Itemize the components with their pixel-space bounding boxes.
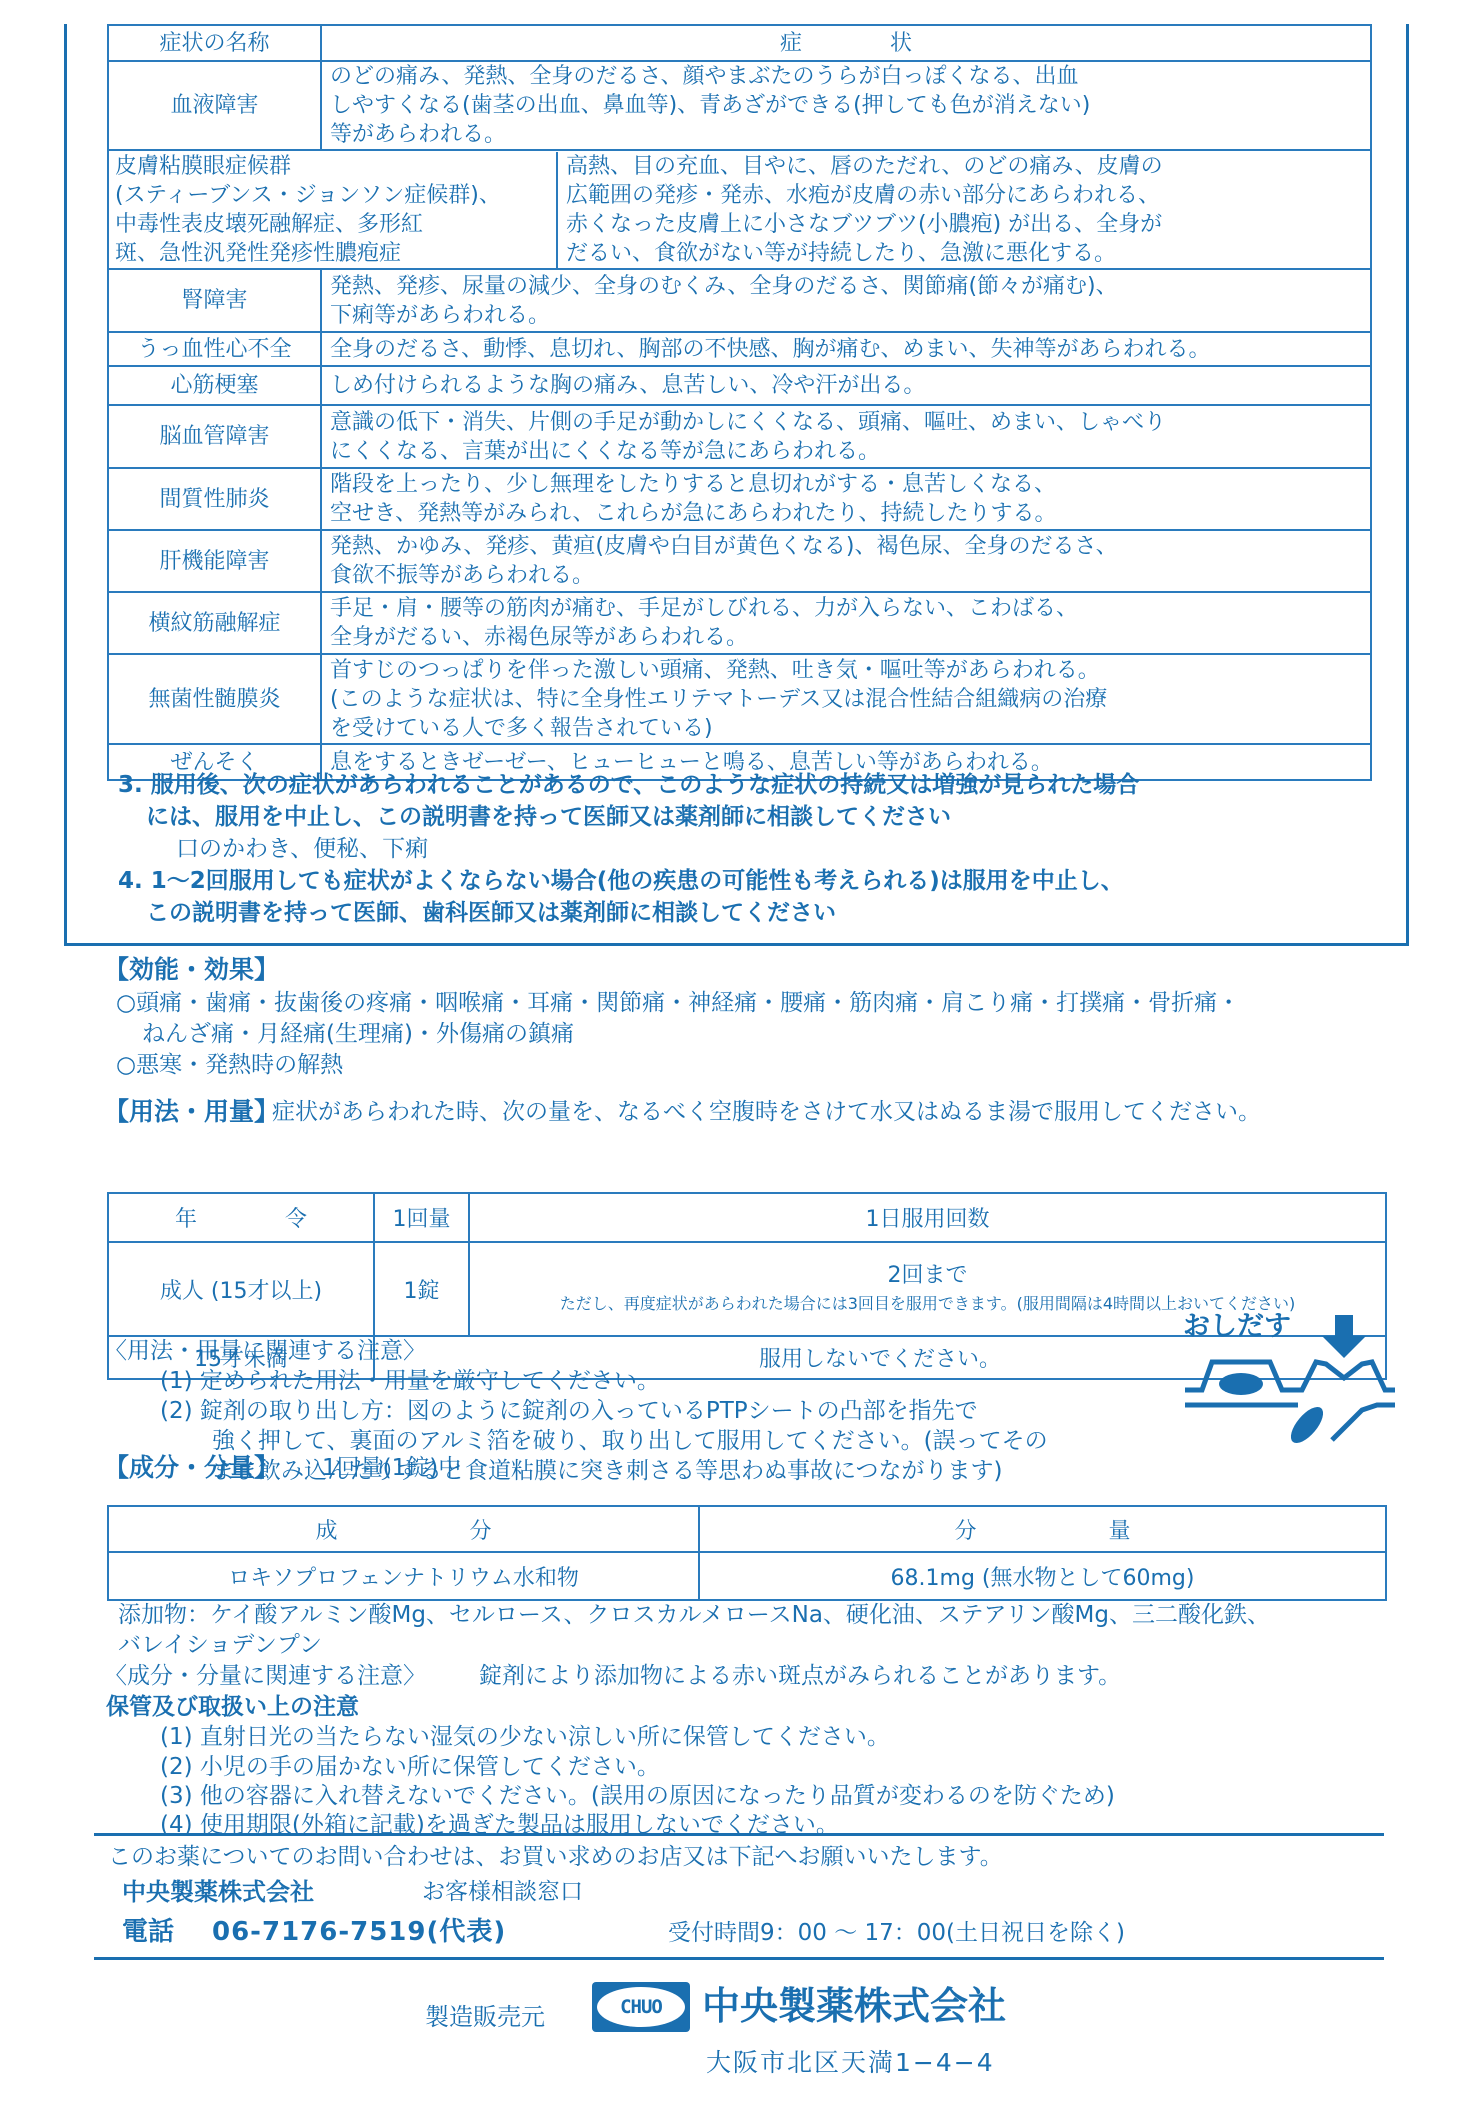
- chuo-logo: CHUO: [592, 1982, 690, 2032]
- storage-title: 保管及び取扱い上の注意: [106, 1692, 359, 1723]
- note-4-line1: 4. 1～2回服用しても症状がよくならない場合(他の疾患の可能性も考えられる)は…: [118, 865, 1124, 897]
- efficacy-title: 【効能・効果】: [104, 954, 279, 986]
- table-row: 肝機能障害 発熱、かゆみ、発疹、黄疸(皮膚や白目が黄色くなる)、褐色尿、全身のだ…: [108, 530, 1371, 592]
- symptom-name: 横紋筋融解症: [108, 592, 321, 654]
- tablet-icon: [1219, 1373, 1263, 1395]
- efficacy-line2: ねんざ痛・月経痛(生理痛)・外傷痛の鎮痛: [142, 1019, 574, 1050]
- table-row: うっ血性心不全 全身のだるさ、動悸、息切れ、胸部の不快感、胸が痛む、めまい、失神…: [108, 332, 1371, 366]
- header-symptom: 症 状: [321, 25, 1371, 61]
- table-row: 無菌性髄膜炎 首すじのつっぱりを伴った激しい頭痛、発熱、吐き気・嘔吐等があらわれ…: [108, 654, 1371, 744]
- symptom-name: 脳血管障害: [108, 405, 321, 468]
- amount-adult: 1錠: [374, 1242, 469, 1336]
- header-amount: 1回量: [374, 1193, 469, 1242]
- ingredients-table-header: 成 分 分 量: [108, 1506, 1386, 1552]
- manufacturer-name: 中央製薬株式会社: [702, 1982, 1006, 2030]
- symptom-desc: のどの痛み、発熱、全身のだるさ、顔やまぶたのうらが白っぽくなる、出血 しやすくな…: [321, 61, 1371, 150]
- contact-hours: 受付時間9：00 ～ 17：00(土日祝日を除く): [668, 1918, 1125, 1949]
- table-row: 間質性肺炎 階段を上ったり、少し無理をしたりすると息切れがする・息苦しくなる、 …: [108, 468, 1371, 530]
- divider-top: [94, 1833, 1384, 1836]
- symptom-desc: 高熱、目の充血、目やに、唇のただれ、のどの痛み、皮膚の 広範囲の発疹・発赤、水疱…: [557, 152, 1370, 268]
- symptom-name: 無菌性髄膜炎: [108, 654, 321, 744]
- down-arrow-icon: [1322, 1315, 1366, 1358]
- dosage-notes-title: 〈用法・用量に関連する注意〉: [104, 1336, 426, 1367]
- table-row: 血液障害 のどの痛み、発熱、全身のだるさ、顔やまぶたのうらが白っぽくなる、出血 …: [108, 61, 1371, 150]
- ingredient-name: ロキソプロフェンナトリウム水和物: [108, 1552, 699, 1600]
- symptom-name: うっ血性心不全: [108, 332, 321, 366]
- dosage-note-1: (1) 定められた用法・用量を厳守してください。: [160, 1366, 660, 1397]
- ingredients-note-text: 錠剤により添加物による赤い斑点がみられることがあります。: [479, 1661, 1121, 1692]
- table-row: ロキソプロフェンナトリウム水和物 68.1mg (無水物として60mg): [108, 1552, 1386, 1600]
- header-age: 年 令: [108, 1193, 374, 1242]
- header-symptom-name: 症状の名称: [108, 25, 321, 61]
- storage-item-4: (4) 使用期限(外箱に記載)を過ぎた製品は服用しないでください。: [160, 1810, 839, 1841]
- age-adult: 成人 (15才以上): [108, 1242, 374, 1336]
- symptom-table: 症状の名称 症 状 血液障害 のどの痛み、発熱、全身のだるさ、顔やまぶたのうらが…: [107, 24, 1372, 781]
- dosage-table-header: 年 令 1回量 1日服用回数: [108, 1193, 1386, 1242]
- symptom-desc: 階段を上ったり、少し無理をしたりすると息切れがする・息苦しくなる、 空せき、発熱…: [321, 468, 1371, 530]
- manufacturer-address: 大阪市北区天満1−4−4: [706, 2046, 995, 2080]
- dosage-note-2-line1: (2) 錠剤の取り出し方：図のように錠剤の入っているPTPシートの凸部を指先で: [160, 1396, 978, 1427]
- symptom-name: 腎障害: [108, 269, 321, 332]
- table-row: 腎障害 発熱、発疹、尿量の減少、全身のむくみ、全身のだるさ、関節痛(節々が痛む)…: [108, 269, 1371, 332]
- symptom-name: 皮膚粘膜眼症候群 (スティーブンス・ジョンソン症候群)、 中毒性表皮壊死融解症、…: [109, 152, 557, 268]
- symptom-name: 血液障害: [108, 61, 321, 150]
- dosage-title: 【用法・用量】: [104, 1096, 279, 1128]
- storage-item-1: (1) 直射日光の当たらない湿気の少ない涼しい所に保管してください。: [160, 1722, 890, 1753]
- table-row: 横紋筋融解症 手足・肩・腰等の筋肉が痛む、手足がしびれる、力が入らない、こわばる…: [108, 592, 1371, 654]
- ingredient-quantity: 68.1mg (無水物として60mg): [699, 1552, 1386, 1600]
- additives-line2: バレイショデンプン: [118, 1630, 322, 1661]
- symptom-desc: 手足・肩・腰等の筋肉が痛む、手足がしびれる、力が入らない、こわばる、 全身がだる…: [321, 592, 1371, 654]
- table-row: 脳血管障害 意識の低下・消失、片側の手足が動かしにくくなる、頭痛、嘔吐、めまい、…: [108, 405, 1371, 468]
- dosage-intro: 症状があらわれた時、次の量を、なるべく空腹時をさけて水又はぬるま湯で服用してくだ…: [272, 1097, 1261, 1128]
- symptom-name: 間質性肺炎: [108, 468, 321, 530]
- ptp-sheet-illustration: [1180, 1312, 1400, 1452]
- contact-intro: このお薬についてのお問い合わせは、お買い求めのお店又は下記へお願いいたします。: [108, 1842, 1003, 1873]
- efficacy-line3: ○悪寒・発熱時の解熱: [116, 1050, 343, 1081]
- ingredients-table: 成 分 分 量 ロキソプロフェンナトリウム水和物 68.1mg (無水物として6…: [107, 1505, 1387, 1601]
- ingredients-note-title: 〈成分・分量に関連する注意〉: [104, 1661, 426, 1692]
- symptom-table-header: 症状の名称 症 状: [108, 25, 1371, 61]
- contact-phone-label: 電話: [122, 1915, 174, 1949]
- contact-desk: お客様相談窓口: [422, 1877, 583, 1908]
- header-quantity: 分 量: [699, 1506, 1386, 1552]
- header-ingredient: 成 分: [108, 1506, 699, 1552]
- ingredients-subtitle: 1回量(1錠)中: [322, 1453, 461, 1484]
- ingredients-title: 【成分・分量】: [104, 1452, 279, 1484]
- symptom-desc: しめ付けられるような胸の痛み、息苦しい、冷や汗が出る。: [321, 366, 1371, 405]
- symptom-desc: 全身のだるさ、動悸、息切れ、胸部の不快感、胸が痛む、めまい、失神等があらわれる。: [321, 332, 1371, 366]
- note-3-line1: 3. 服用後、次の症状があらわれることがあるので、このような症状の持続又は増強が…: [118, 769, 1139, 801]
- contact-phone[interactable]: 06-7176-7519(代表): [212, 1915, 506, 1949]
- contact-company: 中央製薬株式会社: [122, 1877, 314, 1908]
- manufacturer-label: 製造販売元: [425, 2002, 545, 2033]
- symptom-desc: 発熱、発疹、尿量の減少、全身のむくみ、全身のだるさ、関節痛(節々が痛む)、 下痢…: [321, 269, 1371, 332]
- table-row: 心筋梗塞 しめ付けられるような胸の痛み、息苦しい、冷や汗が出る。: [108, 366, 1371, 405]
- ejected-tablet-icon: [1285, 1402, 1329, 1449]
- symptom-name: 心筋梗塞: [108, 366, 321, 405]
- symptom-name: 肝機能障害: [108, 530, 321, 592]
- note-3-line2: には、服用を中止し、この説明書を持って医師又は薬剤師に相談してください: [146, 801, 951, 833]
- blister-outline: [1185, 1362, 1395, 1440]
- storage-item-2: (2) 小児の手の届かない所に保管してください。: [160, 1752, 660, 1783]
- additives-line1: 添加物：ケイ酸アルミン酸Mg、セルロース、クロスカルメロースNa、硬化油、ステア…: [118, 1600, 1270, 1631]
- note-4-line2: この説明書を持って医師、歯科医師又は薬剤師に相談してください: [146, 897, 836, 929]
- symptom-desc: 意識の低下・消失、片側の手足が動かしにくくなる、頭痛、嘔吐、めまい、しゃべり に…: [321, 405, 1371, 468]
- table-row: 皮膚粘膜眼症候群 (スティーブンス・ジョンソン症候群)、 中毒性表皮壊死融解症、…: [108, 150, 1371, 269]
- storage-item-3: (3) 他の容器に入れ替えないでください。(誤用の原因になったり品質が変わるのを…: [160, 1781, 1115, 1812]
- symptom-desc: 発熱、かゆみ、発疹、黄疸(皮膚や白目が黄色くなる)、褐色尿、全身のだるさ、 食欲…: [321, 530, 1371, 592]
- symptom-desc: 首すじのつっぱりを伴った激しい頭痛、発熱、吐き気・嘔吐等があらわれる。 (このよ…: [321, 654, 1371, 744]
- chuo-logo-text: CHUO: [597, 1987, 685, 2027]
- header-times: 1日服用回数: [469, 1193, 1386, 1242]
- divider-bottom: [94, 1957, 1384, 1960]
- efficacy-line1: ○頭痛・歯痛・抜歯後の疼痛・咽喉痛・耳痛・関節痛・神経痛・腰痛・筋肉痛・肩こり痛…: [116, 988, 1240, 1019]
- note-3-symptoms: 口のかわき、便秘、下痢: [176, 833, 428, 865]
